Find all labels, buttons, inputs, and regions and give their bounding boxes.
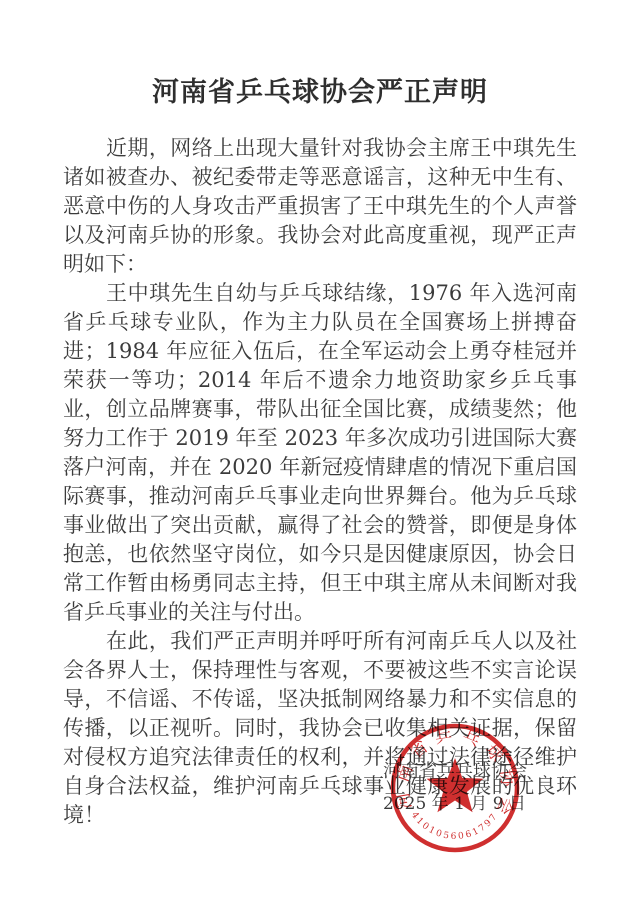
seal-code: 4101056061797 <box>409 810 501 841</box>
official-seal: 河南省乒乓球协会 4101056061797 <box>380 712 530 862</box>
seal-star-icon <box>427 758 484 812</box>
document-title: 河南省乒乓球协会严正声明 <box>0 0 640 108</box>
paragraph-biography: 王中琪先生自幼与乒乓球结缘，1976 年入选河南省乒乓球专业队，作为主力队员在全… <box>63 279 577 627</box>
statement-page: 河南省乒乓球协会严正声明 近期，网络上出现大量针对我协会主席王中琪先生诸如被查办… <box>0 0 640 905</box>
paragraph-intro: 近期，网络上出现大量针对我协会主席王中琪先生诸如被查办、被纪委带走等恶意谣言，这… <box>63 134 577 279</box>
